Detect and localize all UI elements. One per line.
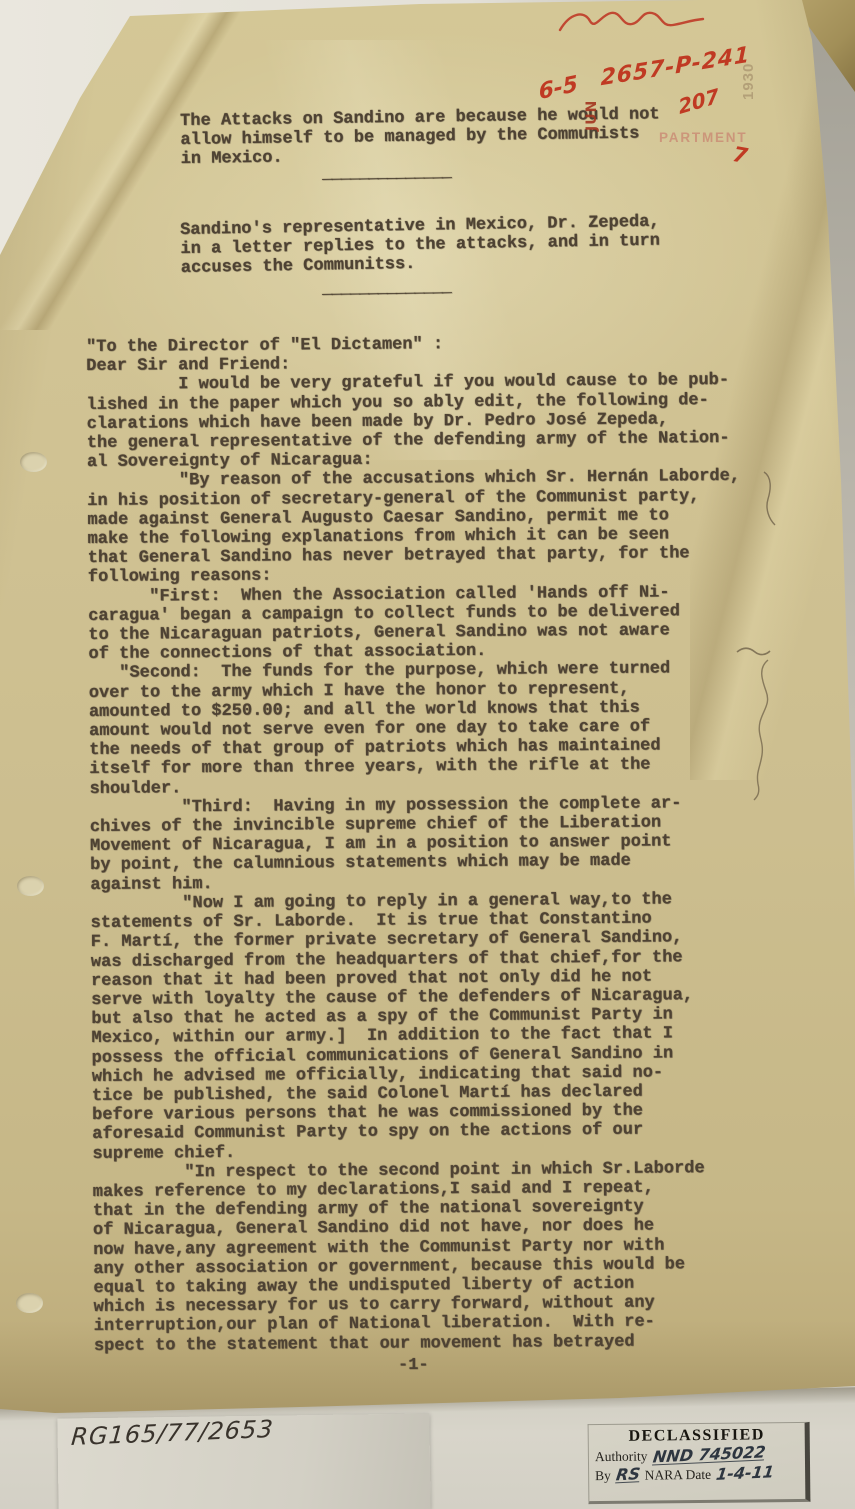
punch-hole-middle: [17, 876, 44, 896]
letter-body: "To the Director of "El Dictamen" : Dear…: [86, 333, 747, 1356]
year-stamp: 1930: [740, 63, 757, 100]
scanned-document-photo: The Attacks on Sandino are because he wo…: [0, 0, 855, 1509]
archive-reference-handwriting: RG165/77/2653: [70, 1415, 275, 1451]
typed-subheadline: Sandino's representative in Mexico, Dr. …: [180, 213, 660, 279]
declassified-title: DECLASSIFIED: [595, 1426, 799, 1446]
declassified-stamp: DECLASSIFIED Authority NND 745022 By RS …: [588, 1422, 811, 1504]
by-value-handwriting: RS: [615, 1467, 641, 1483]
authority-label: Authority: [595, 1449, 648, 1466]
red-month-stamp: JUN: [584, 100, 600, 131]
document-page: The Attacks on Sandino are because he wo…: [0, 0, 855, 1509]
typed-divider-1: ______________: [322, 163, 451, 184]
punch-hole-top: [20, 452, 47, 472]
nara-date-label: NARA Date: [645, 1467, 712, 1484]
date-value-handwriting: 1-4-11: [715, 1465, 775, 1482]
typed-divider-2: ______________: [322, 278, 451, 299]
red-handwritten-case-number: 2657-P-241: [601, 42, 751, 91]
by-label: By: [595, 1468, 611, 1484]
red-handwritten-207: 207: [677, 83, 721, 119]
partial-department-stamp: PARTMENT: [659, 130, 747, 145]
red-handwritten-checkmark: 7: [731, 142, 750, 168]
red-handwritten-number: 6-5: [538, 72, 579, 105]
archive-reference-card: RG165/77/2653: [57, 1413, 430, 1509]
page-number: -1-: [398, 1356, 429, 1375]
punch-hole-bottom: [16, 1293, 43, 1313]
